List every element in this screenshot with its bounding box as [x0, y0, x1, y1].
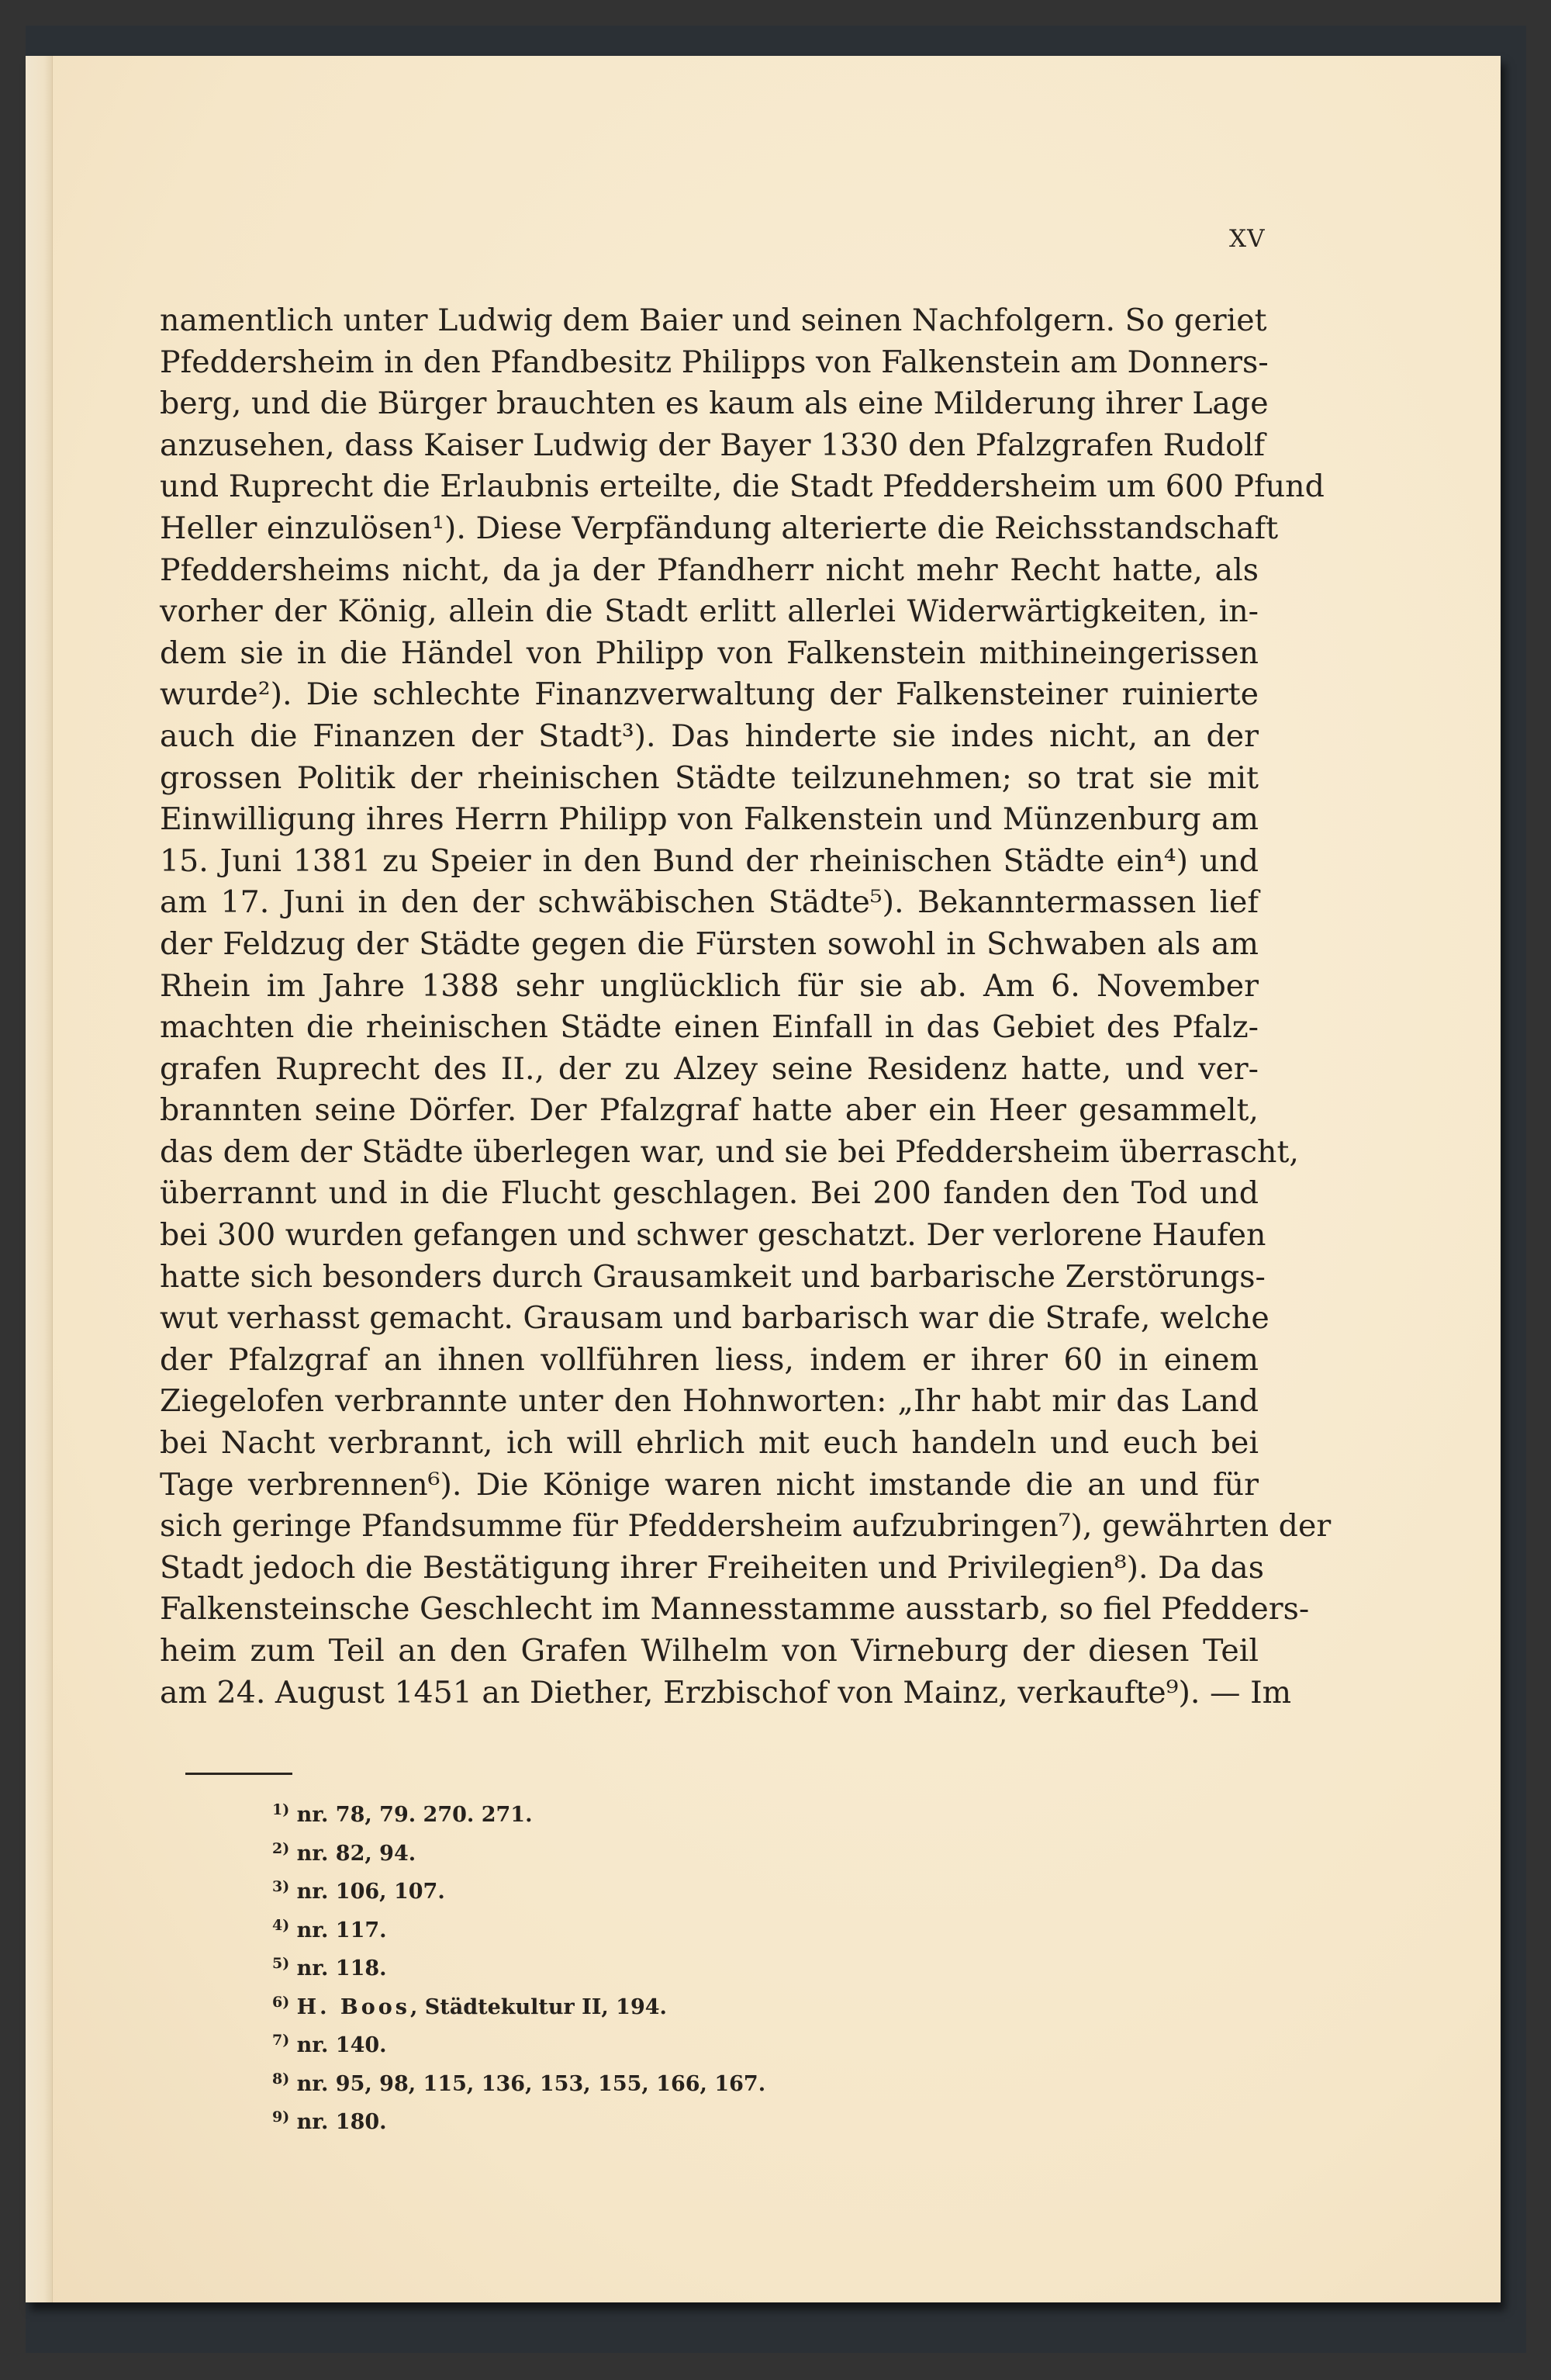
footnote-marker: 3)	[272, 1878, 289, 1895]
body-text: namentlich unter Ludwig dem Baier und se…	[160, 300, 1259, 1714]
text-line: Pfeddersheim in den Pfandbesitz Philipps…	[160, 342, 1259, 384]
text-line: Einwilligung ihres Herrn Philipp von Fal…	[160, 799, 1259, 841]
footnote-item: 5) nr. 118.	[272, 1947, 765, 1986]
text-line: Falkensteinsche Geschlecht im Mannesstam…	[160, 1589, 1259, 1631]
text-line: Pfeddersheims nicht, da ja der Pfandherr…	[160, 550, 1259, 592]
footnote-marker: 5)	[272, 1955, 289, 1972]
footnote-item: 2) nr. 82, 94.	[272, 1832, 765, 1871]
text-line: der Feldzug der Städte gegen die Fürsten…	[160, 924, 1259, 966]
text-line: namentlich unter Ludwig dem Baier und se…	[160, 300, 1259, 342]
footnote-item: 9) nr. 180.	[272, 2101, 765, 2140]
text-line: anzusehen, dass Kaiser Ludwig der Bayer …	[160, 425, 1259, 467]
text-line: Ziegelofen verbrannte unter den Hohnwort…	[160, 1381, 1259, 1423]
footnote-marker: 9)	[272, 2108, 289, 2126]
footnote-marker: 1)	[272, 1801, 289, 1818]
text-line: machten die rheinischen Städte einen Ein…	[160, 1007, 1259, 1049]
text-line: vorher der König, allein die Stadt erlit…	[160, 591, 1259, 633]
text-line: sich geringe Pfandsumme für Pfeddersheim…	[160, 1506, 1259, 1548]
footnote-text: nr. 82, 94.	[297, 1842, 416, 1866]
text-line: Rhein im Jahre 1388 sehr unglücklich für…	[160, 966, 1259, 1008]
text-line: dem sie in die Händel von Philipp von Fa…	[160, 633, 1259, 675]
text-line: Heller einzulösen¹). Diese Verpfändung a…	[160, 508, 1259, 550]
text-line: bei Nacht verbrannt, ich will ehrlich mi…	[160, 1423, 1259, 1465]
text-line: hatte sich besonders durch Grausamkeit u…	[160, 1257, 1259, 1299]
footnote-divider	[185, 1773, 292, 1775]
footnote-item: 6) H. Boos, Städtekultur II, 194.	[272, 1986, 765, 2025]
text-line: brannten seine Dörfer. Der Pfalzgraf hat…	[160, 1090, 1259, 1132]
footnote-item: 3) nr. 106, 107.	[272, 1870, 765, 1909]
text-line: wut verhasst gemacht. Grausam und barbar…	[160, 1298, 1259, 1340]
text-line: das dem der Städte überlegen war, und si…	[160, 1132, 1259, 1174]
text-line: am 24. August 1451 an Diether, Erzbischo…	[160, 1673, 1259, 1714]
footnote-marker: 7)	[272, 2032, 289, 2049]
footnote-marker: 4)	[272, 1917, 289, 1934]
text-line: bei 300 wurden gefangen und schwer gesch…	[160, 1215, 1259, 1257]
text-line: Tage verbrennen⁶). Die Könige waren nich…	[160, 1465, 1259, 1507]
text-line: wurde²). Die schlechte Finanzverwaltung …	[160, 674, 1259, 716]
footnote-text: , Städtekultur II, 194.	[410, 1995, 667, 2019]
text-line: heim zum Teil an den Grafen Wilhelm von …	[160, 1631, 1259, 1673]
footnote-item: 4) nr. 117.	[272, 1909, 765, 1948]
footnote-text: nr. 118.	[297, 1956, 387, 1980]
footnote-text: nr. 180.	[297, 2110, 387, 2134]
footnote-text: nr. 95, 98, 115, 136, 153, 155, 166, 167…	[297, 2072, 765, 2096]
page-gutter	[26, 56, 53, 2302]
text-line: der Pfalzgraf an ihnen vollführen liess,…	[160, 1340, 1259, 1382]
footnote-marker: 6)	[272, 1994, 289, 2011]
text-line: überrannt und in die Flucht geschlagen. …	[160, 1173, 1259, 1215]
footnote-marker: 8)	[272, 2070, 289, 2088]
text-line: grossen Politik der rheinischen Städte t…	[160, 758, 1259, 800]
footnote-marker: 2)	[272, 1840, 289, 1857]
footnote-author: H. Boos	[297, 1995, 410, 2019]
footnote-text: nr. 140.	[297, 2033, 387, 2057]
text-line: grafen Ruprecht des II., der zu Alzey se…	[160, 1049, 1259, 1091]
footnote-item: 7) nr. 140.	[272, 2024, 765, 2063]
footnote-item: 1) nr. 78, 79. 270. 271.	[272, 1794, 765, 1832]
book-page: XV namentlich unter Ludwig dem Baier und…	[26, 56, 1501, 2302]
text-line: berg, und die Bürger brauchten es kaum a…	[160, 383, 1259, 425]
footnote-text: nr. 106, 107.	[297, 1880, 445, 1904]
text-line: auch die Finanzen der Stadt³). Das hinde…	[160, 716, 1259, 758]
text-line: und Ruprecht die Erlaubnis erteilte, die…	[160, 466, 1259, 508]
page-number: XV	[1229, 225, 1265, 253]
text-line: am 17. Juni in den der schwäbischen Städ…	[160, 882, 1259, 924]
text-line: 15. Juni 1381 zu Speier in den Bund der …	[160, 841, 1259, 883]
text-line: Stadt jedoch die Bestätigung ihrer Freih…	[160, 1548, 1259, 1590]
footnote-item: 8) nr. 95, 98, 115, 136, 153, 155, 166, …	[272, 2063, 765, 2102]
footnote-text: nr. 78, 79. 270. 271.	[297, 1803, 533, 1827]
footnotes: 1) nr. 78, 79. 270. 271. 2) nr. 82, 94. …	[272, 1794, 765, 2140]
footnote-text: nr. 117.	[297, 1918, 387, 1942]
